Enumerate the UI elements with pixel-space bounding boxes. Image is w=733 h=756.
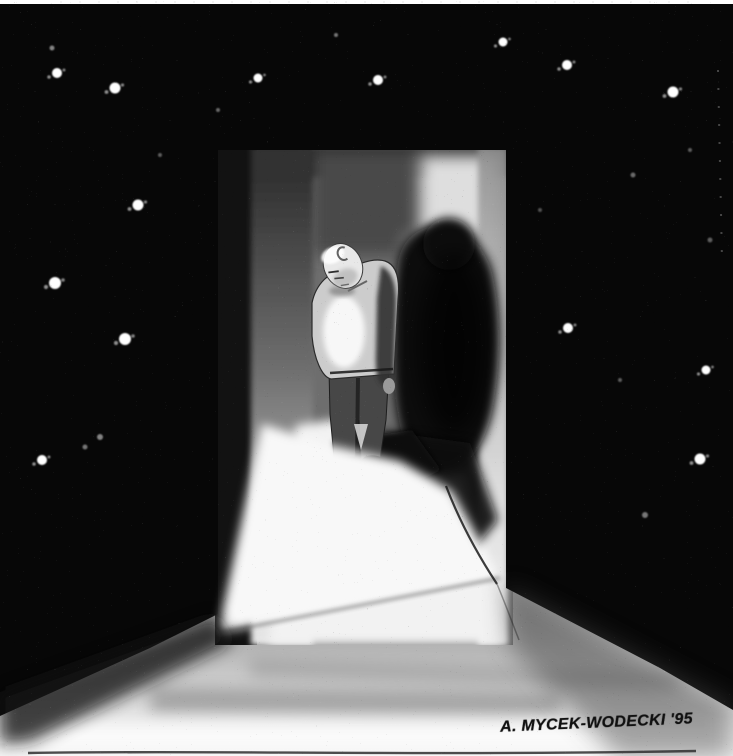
artwork: A. MYCEK-WODECKI '95: [0, 0, 733, 756]
artwork-canvas: [0, 0, 733, 756]
grain-overlay-dark: [0, 0, 733, 756]
